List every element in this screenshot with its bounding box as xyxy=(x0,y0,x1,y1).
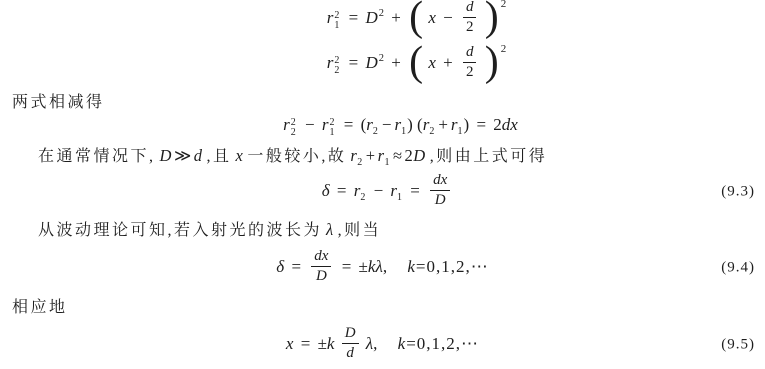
equals-sign: = xyxy=(473,115,489,134)
var-D: D xyxy=(413,146,425,165)
subscript-1: 1 xyxy=(384,157,390,168)
equals-sign: = xyxy=(346,53,362,72)
superscript-2: 2 xyxy=(379,53,384,64)
plus-minus-sign: ± xyxy=(318,334,327,353)
right-paren: ) xyxy=(484,0,500,38)
k-values: =0,1,2,⋯ xyxy=(406,334,479,353)
equation-9-3: δ = r2 − r1 = dxD (9.3) xyxy=(0,172,765,212)
plus-sign: + xyxy=(364,146,378,165)
equals-sign: = xyxy=(407,181,423,200)
subscript-2: 2 xyxy=(360,192,365,203)
formula-difference: r22 − r21 = (r2−r1) (r2+r1) = 2dx xyxy=(283,115,518,138)
condition-k-values: k=0,1,2,⋯ xyxy=(407,257,488,276)
text-segment: 从波动理论可知,若入射光的波长为 xyxy=(38,222,322,239)
paragraph-correspondingly: 相应地 xyxy=(12,298,68,318)
plus-minus-sign: ± xyxy=(359,257,368,276)
text-segment: ,则当 xyxy=(338,222,382,239)
var-x: x xyxy=(428,53,436,72)
subscript-2: 2 xyxy=(357,157,363,168)
numerator-d: d xyxy=(463,43,477,62)
var-x: x xyxy=(235,146,243,165)
condition-k-values: k=0,1,2,⋯ xyxy=(398,334,479,353)
subscript-2: 2 xyxy=(334,66,339,76)
subscript-2: 2 xyxy=(373,126,378,137)
denominator-2: 2 xyxy=(463,62,477,82)
equation-9-4: δ = dxD = ±kλ, k=0,1,2,⋯ (9.4) xyxy=(0,248,765,288)
numerator-dx: dx xyxy=(311,247,331,266)
equation-r1-squared: r21 = D2 + ( x − d2 )2 xyxy=(0,0,765,43)
var-delta: δ xyxy=(276,257,284,276)
equals-sign: = xyxy=(339,257,355,276)
equation-r2-squared: r22 = D2 + ( x + d2 )2 xyxy=(0,40,765,88)
minus-sign: − xyxy=(371,181,387,200)
textbook-page: { "page": {"background": "#ffffff", "ink… xyxy=(0,0,765,369)
text-segment: 在通常情况下, xyxy=(38,148,156,165)
paragraph-subtract-intro: 两式相减得 xyxy=(12,93,105,113)
supsub-r2: 22 xyxy=(334,56,339,75)
var-D: D xyxy=(365,8,377,27)
equals-sign: = xyxy=(288,257,304,276)
var-r: r xyxy=(283,115,290,134)
var-delta: δ xyxy=(322,181,330,200)
subscript-1: 1 xyxy=(329,128,334,138)
var-r: r xyxy=(451,115,458,134)
var-x: x xyxy=(428,8,436,27)
paragraph-wave-intro: 从波动理论可知,若入射光的波长为λ,则当 xyxy=(38,220,381,241)
coefficient-2: 2 xyxy=(405,146,414,165)
right-paren: ) xyxy=(484,41,500,83)
denominator-d: d xyxy=(342,343,359,363)
superscript-2: 2 xyxy=(501,0,507,10)
plus-sign: + xyxy=(435,115,451,134)
numerator-D: D xyxy=(342,324,359,343)
var-k: k xyxy=(398,334,407,353)
equation-number-9-3: (9.3) xyxy=(721,184,755,201)
text-segment: 一般较小,故 xyxy=(247,148,346,165)
denominator-D: D xyxy=(430,190,450,210)
denominator-2: 2 xyxy=(463,17,477,37)
formula-r2: r22 = D2 + ( x + d2 )2 xyxy=(327,43,506,85)
subscript-2: 2 xyxy=(429,126,434,137)
fraction-d-over-2: d2 xyxy=(463,0,477,36)
supsub-r1: 21 xyxy=(334,11,339,30)
fraction-D-over-d: Dd xyxy=(342,324,359,363)
var-k: k xyxy=(327,334,335,353)
var-r: r xyxy=(327,53,334,72)
var-d: d xyxy=(194,146,203,165)
left-paren: ( xyxy=(408,41,424,83)
plus-sign: + xyxy=(388,53,404,72)
equals-sign: = xyxy=(341,115,357,134)
numerator-d: d xyxy=(463,0,477,17)
var-k: k xyxy=(407,257,416,276)
equals-sign: = xyxy=(334,181,350,200)
fraction-dx-over-D: dxD xyxy=(430,171,450,210)
superscript-2: 2 xyxy=(379,8,384,19)
inline-math-D-gg-d: D≫d xyxy=(160,146,203,165)
equation-9-5: x = ±k Dd λ, k=0,1,2,⋯ (9.5) xyxy=(0,325,765,365)
var-lambda: λ xyxy=(375,257,382,276)
equals-sign: = xyxy=(346,8,362,27)
minus-sign: − xyxy=(440,8,456,27)
subscript-1: 1 xyxy=(401,126,406,137)
plus-sign: + xyxy=(440,53,456,72)
plus-sign: + xyxy=(388,8,404,27)
formula-9-3: δ = r2 − r1 = dxD xyxy=(322,173,454,212)
equation-difference: r22 − r21 = (r2−r1) (r2+r1) = 2dx xyxy=(0,113,765,139)
text-segment: ,则由上式可得 xyxy=(430,148,548,165)
inline-math-r2-plus-r1: r2+r1≈2D xyxy=(350,146,425,165)
equals-sign: = xyxy=(298,334,314,353)
minus-sign: − xyxy=(302,115,318,134)
minus-sign: − xyxy=(379,115,395,134)
subscript-1: 1 xyxy=(334,21,339,31)
fraction-d-over-2: d2 xyxy=(463,43,477,82)
comma: , xyxy=(373,334,377,353)
var-r: r xyxy=(327,8,334,27)
formula-9-5: x = ±k Dd λ, k=0,1,2,⋯ xyxy=(286,326,479,365)
much-greater-sign: ≫ xyxy=(172,146,194,165)
equation-number-9-4: (9.4) xyxy=(721,260,755,277)
text-segment: ,且 xyxy=(206,148,231,165)
var-D: D xyxy=(160,146,172,165)
subscript-1: 1 xyxy=(397,192,402,203)
comma: , xyxy=(383,257,387,276)
var-x: x xyxy=(286,334,294,353)
var-D: D xyxy=(365,53,377,72)
fraction-dx-over-D: dxD xyxy=(311,247,331,286)
approx-sign: ≈ xyxy=(391,146,405,165)
coefficient-2: 2 xyxy=(493,115,502,134)
right-paren: ) xyxy=(407,115,413,134)
left-paren: ( xyxy=(408,0,424,38)
supsub-r2: 22 xyxy=(291,118,296,137)
paragraph-usual-case: 在通常情况下,D≫d,且x一般较小,故r2+r1≈2D,则由上式可得 xyxy=(38,146,547,173)
supsub-r1: 21 xyxy=(329,118,334,137)
var-r: r xyxy=(322,115,329,134)
numerator-dx: dx xyxy=(430,171,450,190)
right-paren: ) xyxy=(464,115,470,134)
var-r: r xyxy=(366,115,373,134)
var-lambda: λ xyxy=(326,220,334,239)
k-values: =0,1,2,⋯ xyxy=(416,257,489,276)
denominator-D: D xyxy=(311,266,331,286)
superscript-2: 2 xyxy=(501,43,507,55)
formula-r1: r21 = D2 + ( x − d2 )2 xyxy=(327,0,506,40)
equation-number-9-5: (9.5) xyxy=(721,337,755,354)
formula-9-4: δ = dxD = ±kλ, k=0,1,2,⋯ xyxy=(276,249,488,288)
var-dx: dx xyxy=(502,115,518,134)
subscript-2: 2 xyxy=(291,128,296,138)
subscript-1: 1 xyxy=(458,126,463,137)
